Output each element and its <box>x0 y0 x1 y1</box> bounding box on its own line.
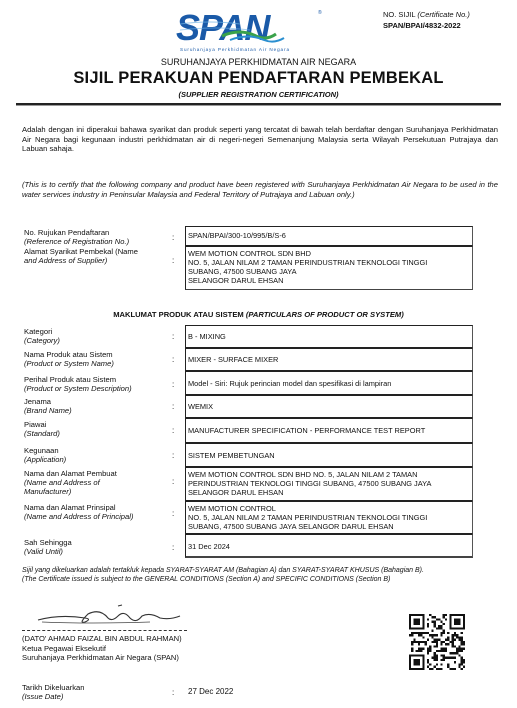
colon: : <box>172 256 174 265</box>
colon: : <box>172 380 174 389</box>
issue-date-label: Tarikh Dikeluarkan (Issue Date) <box>22 683 84 702</box>
valid-until-label: Sah Sehingga (Valid Until) <box>24 538 164 556</box>
signatory-organization: Suruhanjaya Perkhidmatan Air Negara (SPA… <box>22 653 182 663</box>
signature-line <box>22 630 187 631</box>
colon: : <box>172 233 174 242</box>
supplier-address-label: Alamat Syarikat Pembekal (Name and Addre… <box>24 247 174 265</box>
principal-value: WEM MOTION CONTROL NO. 5, JALAN NILAM 2 … <box>185 501 473 534</box>
svg-text:®: ® <box>318 9 322 16</box>
colon: : <box>172 451 174 460</box>
brand-label: Jenama (Brand Name) <box>24 397 164 415</box>
svg-text:Suruhanjaya Perkhidmatan Air N: Suruhanjaya Perkhidmatan Air Negara <box>180 47 290 52</box>
span-logo: SPAN ® Suruhanjaya Perkhidmatan Air Nega… <box>170 6 330 56</box>
document-subtitle: (SUPPLIER REGISTRATION CERTIFICATION) <box>0 90 517 99</box>
product-name-value: MIXER - SURFACE MIXER <box>185 348 473 371</box>
colon: : <box>172 509 174 518</box>
signatory-position: Ketua Pegawai Eksekutif <box>22 644 182 654</box>
certificate-number: SPAN/BPAI/4832-2022 <box>383 21 470 32</box>
certificate-number-label: NO. SIJIL (Certificate No.) <box>383 10 470 21</box>
product-name-label: Nama Produk atau Sistem (Product or Syst… <box>24 350 164 368</box>
colon: : <box>172 332 174 341</box>
qr-code <box>409 614 465 670</box>
colon: : <box>172 426 174 435</box>
agency-name: SURUHANJAYA PERKHIDMATAN AIR NEGARA <box>0 57 517 67</box>
category-value: B - MIXING <box>185 325 473 348</box>
supplier-address-value: WEM MOTION CONTROL SDN BHD NO. 5, JALAN … <box>185 246 473 290</box>
colon: : <box>172 477 174 486</box>
application-label: Kegunaan (Application) <box>24 446 164 464</box>
standard-label: Piawai (Standard) <box>24 420 164 438</box>
product-description-label: Perihal Produk atau Sistem (Product or S… <box>24 375 174 393</box>
brand-value: WEMIX <box>185 395 473 418</box>
signature-image <box>30 600 200 628</box>
colon: : <box>172 355 174 364</box>
reference-label: No. Rujukan Pendaftaran (Reference of Re… <box>24 228 164 246</box>
document-title: SIJIL PERAKUAN PENDAFTARAN PEMBEKAL <box>0 69 517 88</box>
valid-until-value: 31 Dec 2024 <box>185 534 473 558</box>
principal-label: Nama dan Alamat Prinsipal (Name and Addr… <box>24 503 174 521</box>
application-value: SISTEM PEMBETUNGAN <box>185 443 473 467</box>
colon: : <box>172 543 174 552</box>
statement-malay: Adalah dengan ini diperakui bahawa syari… <box>22 125 498 154</box>
certificate-number-block: NO. SIJIL (Certificate No.) SPAN/BPAI/48… <box>383 10 470 31</box>
signatory-name: (DATO' AHMAD FAIZAL BIN ABDUL RAHMAN) <box>22 634 182 644</box>
standard-value: MANUFACTURER SPECIFICATION - PERFORMANCE… <box>185 418 473 443</box>
manufacturer-value: WEM MOTION CONTROL SDN BHD NO. 5, JALAN … <box>185 467 473 501</box>
svg-text:SPAN: SPAN <box>176 7 271 48</box>
statement-english: (This is to certify that the following c… <box>22 180 498 199</box>
category-label: Kategori (Category) <box>24 327 164 345</box>
header-divider <box>16 103 501 105</box>
colon: : <box>172 402 174 411</box>
product-description-value: Model - Siri: Rujuk perincian model dan … <box>185 371 473 395</box>
registration-reference-value: SPAN/BPAI/300-10/995/B/S-6 <box>185 226 473 246</box>
manufacturer-label: Nama dan Alamat Pembuat (Name and Addres… <box>24 469 164 497</box>
issue-date-value: 27 Dec 2022 <box>188 687 233 696</box>
particulars-heading: MAKLUMAT PRODUK ATAU SISTEM (PARTICULARS… <box>0 310 517 319</box>
colon: : <box>172 688 174 697</box>
signatory-block: (DATO' AHMAD FAIZAL BIN ABDUL RAHMAN) Ke… <box>22 634 182 663</box>
conditions-note: Sijil yang dikeluarkan adalah tertakluk … <box>22 566 502 584</box>
